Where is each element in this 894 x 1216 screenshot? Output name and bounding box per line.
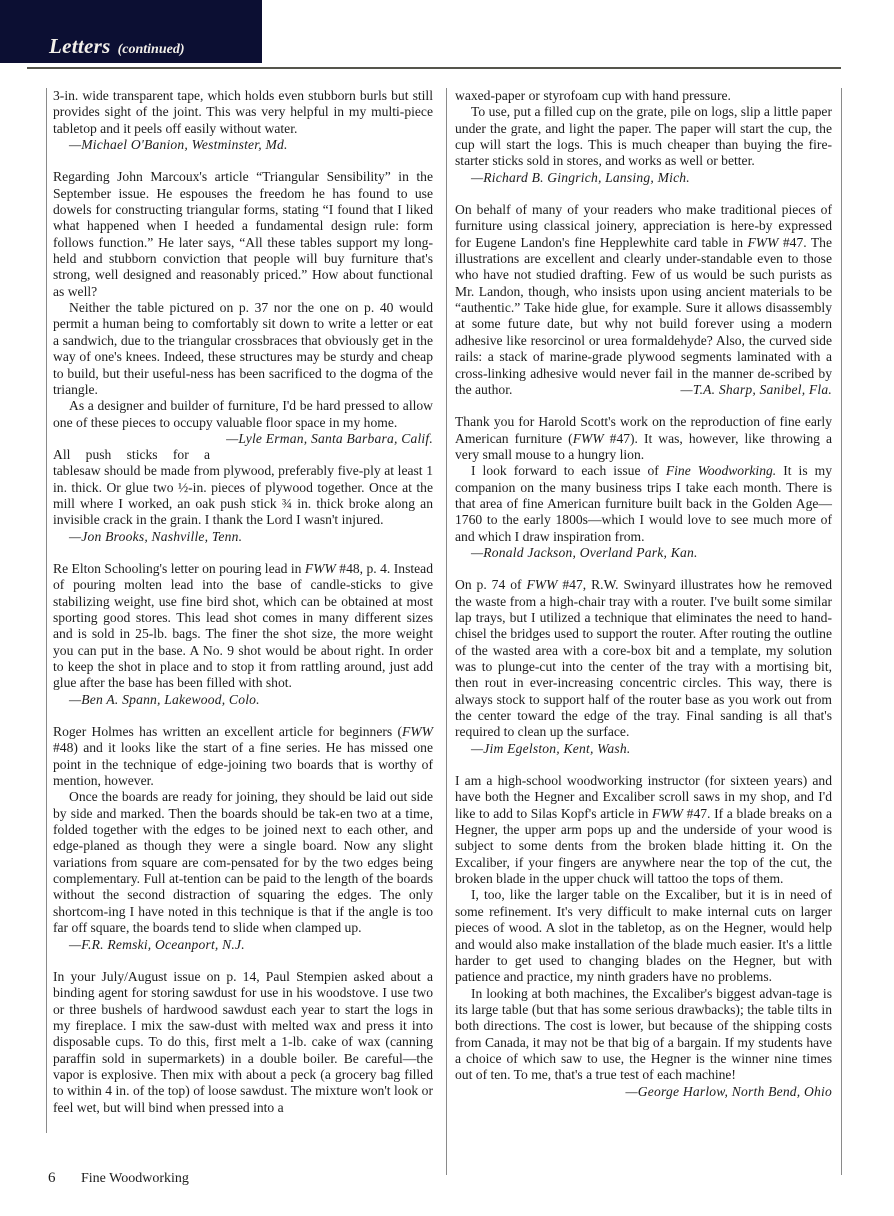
letter-signature: —Michael O'Banion, Westminster, Md.: [53, 137, 433, 153]
letter-paragraph: Thank you for Harold Scott's work on the…: [455, 414, 832, 463]
letter-paragraph: As a designer and builder of furniture, …: [53, 398, 433, 431]
letter-paragraph: waxed-paper or styrofoam cup with hand p…: [455, 88, 832, 104]
letter: Regarding John Marcoux's article “Triang…: [53, 169, 433, 431]
letter: On p. 74 of FWW #47, R.W. Swinyard illus…: [455, 577, 832, 757]
letter-signature: —Lyle Erman, Santa Barbara, Calif.: [210, 431, 433, 447]
page-footer: 6 Fine Woodworking: [48, 1170, 189, 1187]
publication-name: Fine Woodworking: [81, 1171, 189, 1186]
letter-paragraph: In your July/August issue on p. 14, Paul…: [53, 969, 433, 1116]
letter-paragraph: On behalf of many of your readers who ma…: [455, 202, 832, 398]
letter: In your July/August issue on p. 14, Paul…: [53, 969, 433, 1116]
letter: Roger Holmes has written an excellent ar…: [53, 724, 433, 953]
letter-signature: —Jon Brooks, Nashville, Tenn.: [53, 529, 433, 545]
letter: Re Elton Schooling's letter on pouring l…: [53, 561, 433, 708]
letter-signature: —Ronald Jackson, Overland Park, Kan.: [455, 545, 832, 561]
letter: Thank you for Harold Scott's work on the…: [455, 414, 832, 561]
letter-signature: —F.R. Remski, Oceanport, N.J.: [53, 937, 433, 953]
letter-paragraph: Re Elton Schooling's letter on pouring l…: [53, 561, 433, 692]
letter-paragraph: I, too, like the larger table on the Exc…: [455, 887, 832, 985]
letter-signature: —T.A. Sharp, Sanibel, Fla.: [681, 382, 832, 398]
right-column: waxed-paper or styrofoam cup with hand p…: [446, 88, 842, 1175]
letter-signature: —Jim Egelston, Kent, Wash.: [455, 741, 832, 757]
letter-paragraph: I am a high-school woodworking instructo…: [455, 773, 832, 887]
letter-paragraph: On p. 74 of FWW #47, R.W. Swinyard illus…: [455, 577, 832, 740]
letter: On behalf of many of your readers who ma…: [455, 202, 832, 398]
section-title-subtitle: (continued): [118, 42, 185, 57]
letter-paragraph: Roger Holmes has written an excellent ar…: [53, 724, 433, 789]
letter-signature: —Ben A. Spann, Lakewood, Colo.: [53, 692, 433, 708]
letter: waxed-paper or styrofoam cup with hand p…: [455, 88, 832, 186]
header-rule: [27, 67, 841, 69]
section-title-main: Letters: [49, 34, 111, 58]
letter-paragraph: In looking at both machines, the Excalib…: [455, 986, 832, 1084]
section-title: Letters (continued): [49, 34, 184, 59]
letter-signature: —Richard B. Gingrich, Lansing, Mich.: [455, 170, 832, 186]
letter-paragraph: Neither the table pictured on p. 37 nor …: [53, 300, 433, 398]
letter-paragraph: Once the boards are ready for joining, t…: [53, 789, 433, 936]
letter: 3-in. wide transparent tape, which holds…: [53, 88, 433, 153]
letter-paragraph: Regarding John Marcoux's article “Triang…: [53, 169, 433, 300]
page-number: 6: [48, 1170, 56, 1186]
left-column: 3-in. wide transparent tape, which holds…: [46, 88, 433, 1133]
letter: I am a high-school woodworking instructo…: [455, 773, 832, 1084]
letter: All push sticks for a tablesaw should be…: [53, 447, 433, 545]
letter-signature: —George Harlow, North Bend, Ohio: [609, 1084, 832, 1100]
letter-paragraph: 3-in. wide transparent tape, which holds…: [53, 88, 433, 137]
letter-paragraph: To use, put a filled cup on the grate, p…: [455, 104, 832, 169]
letter-paragraph: All push sticks for a tablesaw should be…: [53, 447, 433, 529]
letter-paragraph: I look forward to each issue of Fine Woo…: [455, 463, 832, 545]
